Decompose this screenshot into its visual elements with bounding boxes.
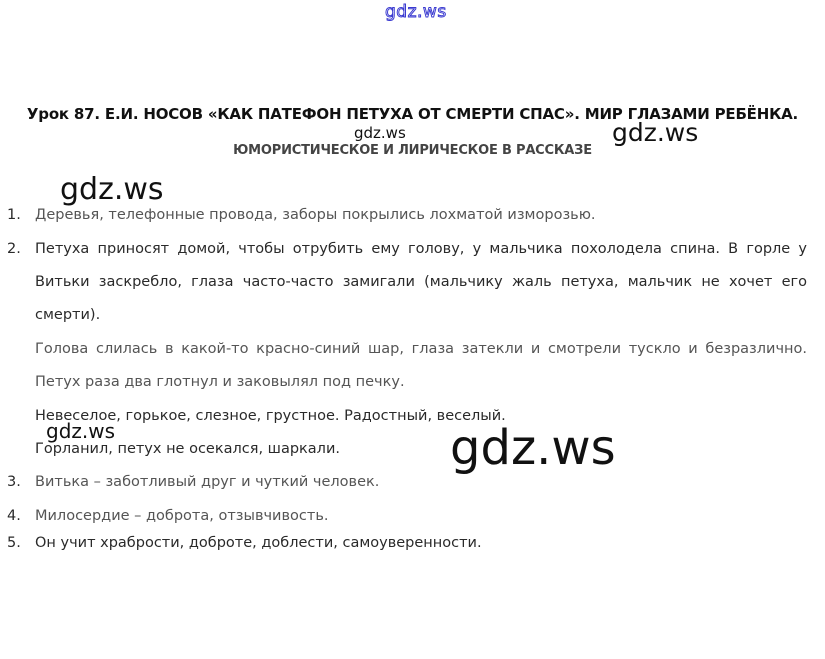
answer-line: Горланил, петух не осекался, шаркали. [35, 441, 340, 457]
answer-line: Голова слилась в какой-то красно-синий ш… [35, 341, 807, 357]
answer-line: смерти). [35, 307, 100, 323]
watermark-small-center: gdz.ws [354, 124, 406, 142]
answer-line: Витьки заскребло, глаза часто-часто зами… [35, 274, 807, 290]
answer-line: Петуха приносят домой, чтобы отрубить ем… [35, 241, 807, 257]
watermark-extra-large: gdz.ws [450, 420, 616, 476]
item-number: 4. [7, 508, 21, 524]
item-number: 5. [7, 535, 21, 551]
watermark-top: gdz.ws [385, 2, 447, 22]
answer-line: Он учит храбрости, доброте, доблести, са… [35, 535, 482, 551]
answer-line: Деревья, телефонные провода, заборы покр… [35, 207, 596, 223]
watermark-small-left: gdz.ws [46, 419, 115, 443]
page-subtitle: ЮМОРИСТИЧЕСКОЕ И ЛИРИЧЕСКОЕ В РАССКАЗЕ [0, 143, 825, 158]
item-number: 1. [7, 207, 21, 223]
watermark-large-left: gdz.ws [60, 172, 164, 207]
page-title: Урок 87. Е.И. НОСОВ «КАК ПАТЕФОН ПЕТУХА … [0, 105, 825, 123]
answer-line: Петух раза два глотнул и заковылял под п… [35, 374, 405, 390]
answer-line: Витька – заботливый друг и чуткий челове… [35, 474, 379, 490]
item-number: 3. [7, 474, 21, 490]
item-number: 2. [7, 241, 21, 257]
answer-line: Милосердие – доброта, отзывчивость. [35, 508, 328, 524]
